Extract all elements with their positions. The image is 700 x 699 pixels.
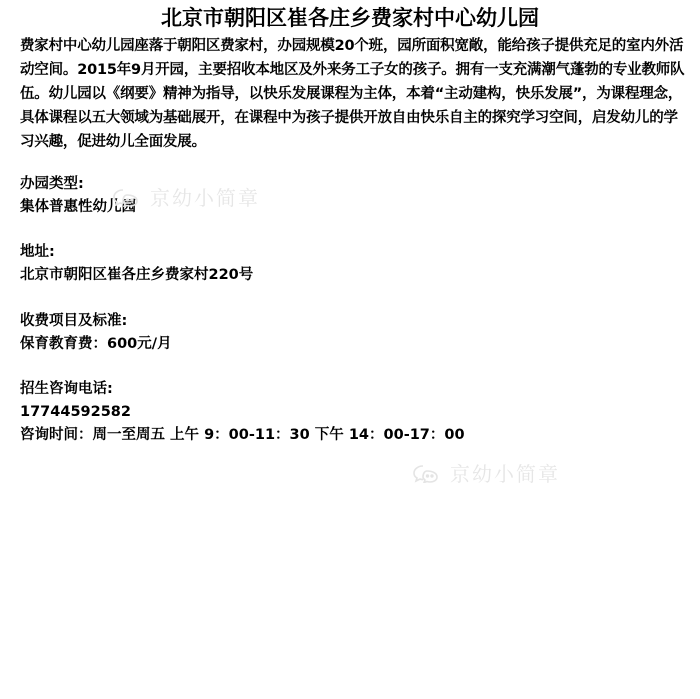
- wechat-logo-icon: [112, 187, 140, 207]
- field-value: 保育教育费：600元/月: [20, 333, 172, 356]
- phone-number: 17744592582: [20, 401, 465, 424]
- field-contact: 招生咨询电话: 17744592582 咨询时间：周一至周五 上午 9：00-1…: [20, 378, 465, 447]
- field-label: 地址:: [20, 241, 253, 264]
- field-fees: 收费项目及标准: 保育教育费：600元/月: [20, 310, 172, 356]
- watermark: 京幼小简章: [112, 182, 260, 211]
- field-label: 招生咨询电话:: [20, 378, 465, 401]
- watermark-text: 京幼小简章: [150, 182, 260, 211]
- field-value: 北京市朝阳区崔各庄乡费家村220号: [20, 264, 253, 287]
- intro-paragraph: 费家村中心幼儿园座落于朝阳区费家村，办园规模20个班，园所面积宽敞，能给孩子提供…: [20, 34, 685, 154]
- consultation-hours: 咨询时间：周一至周五 上午 9：00-11：30 下午 14：00-17：00: [20, 424, 465, 447]
- watermark: 京幼小简章: [412, 458, 560, 487]
- field-label: 收费项目及标准:: [20, 310, 172, 333]
- page-title: 北京市朝阳区崔各庄乡费家村中心幼儿园: [0, 4, 700, 32]
- wechat-logo-icon: [412, 463, 440, 483]
- field-address: 地址: 北京市朝阳区崔各庄乡费家村220号: [20, 241, 253, 287]
- watermark-text: 京幼小简章: [450, 458, 560, 487]
